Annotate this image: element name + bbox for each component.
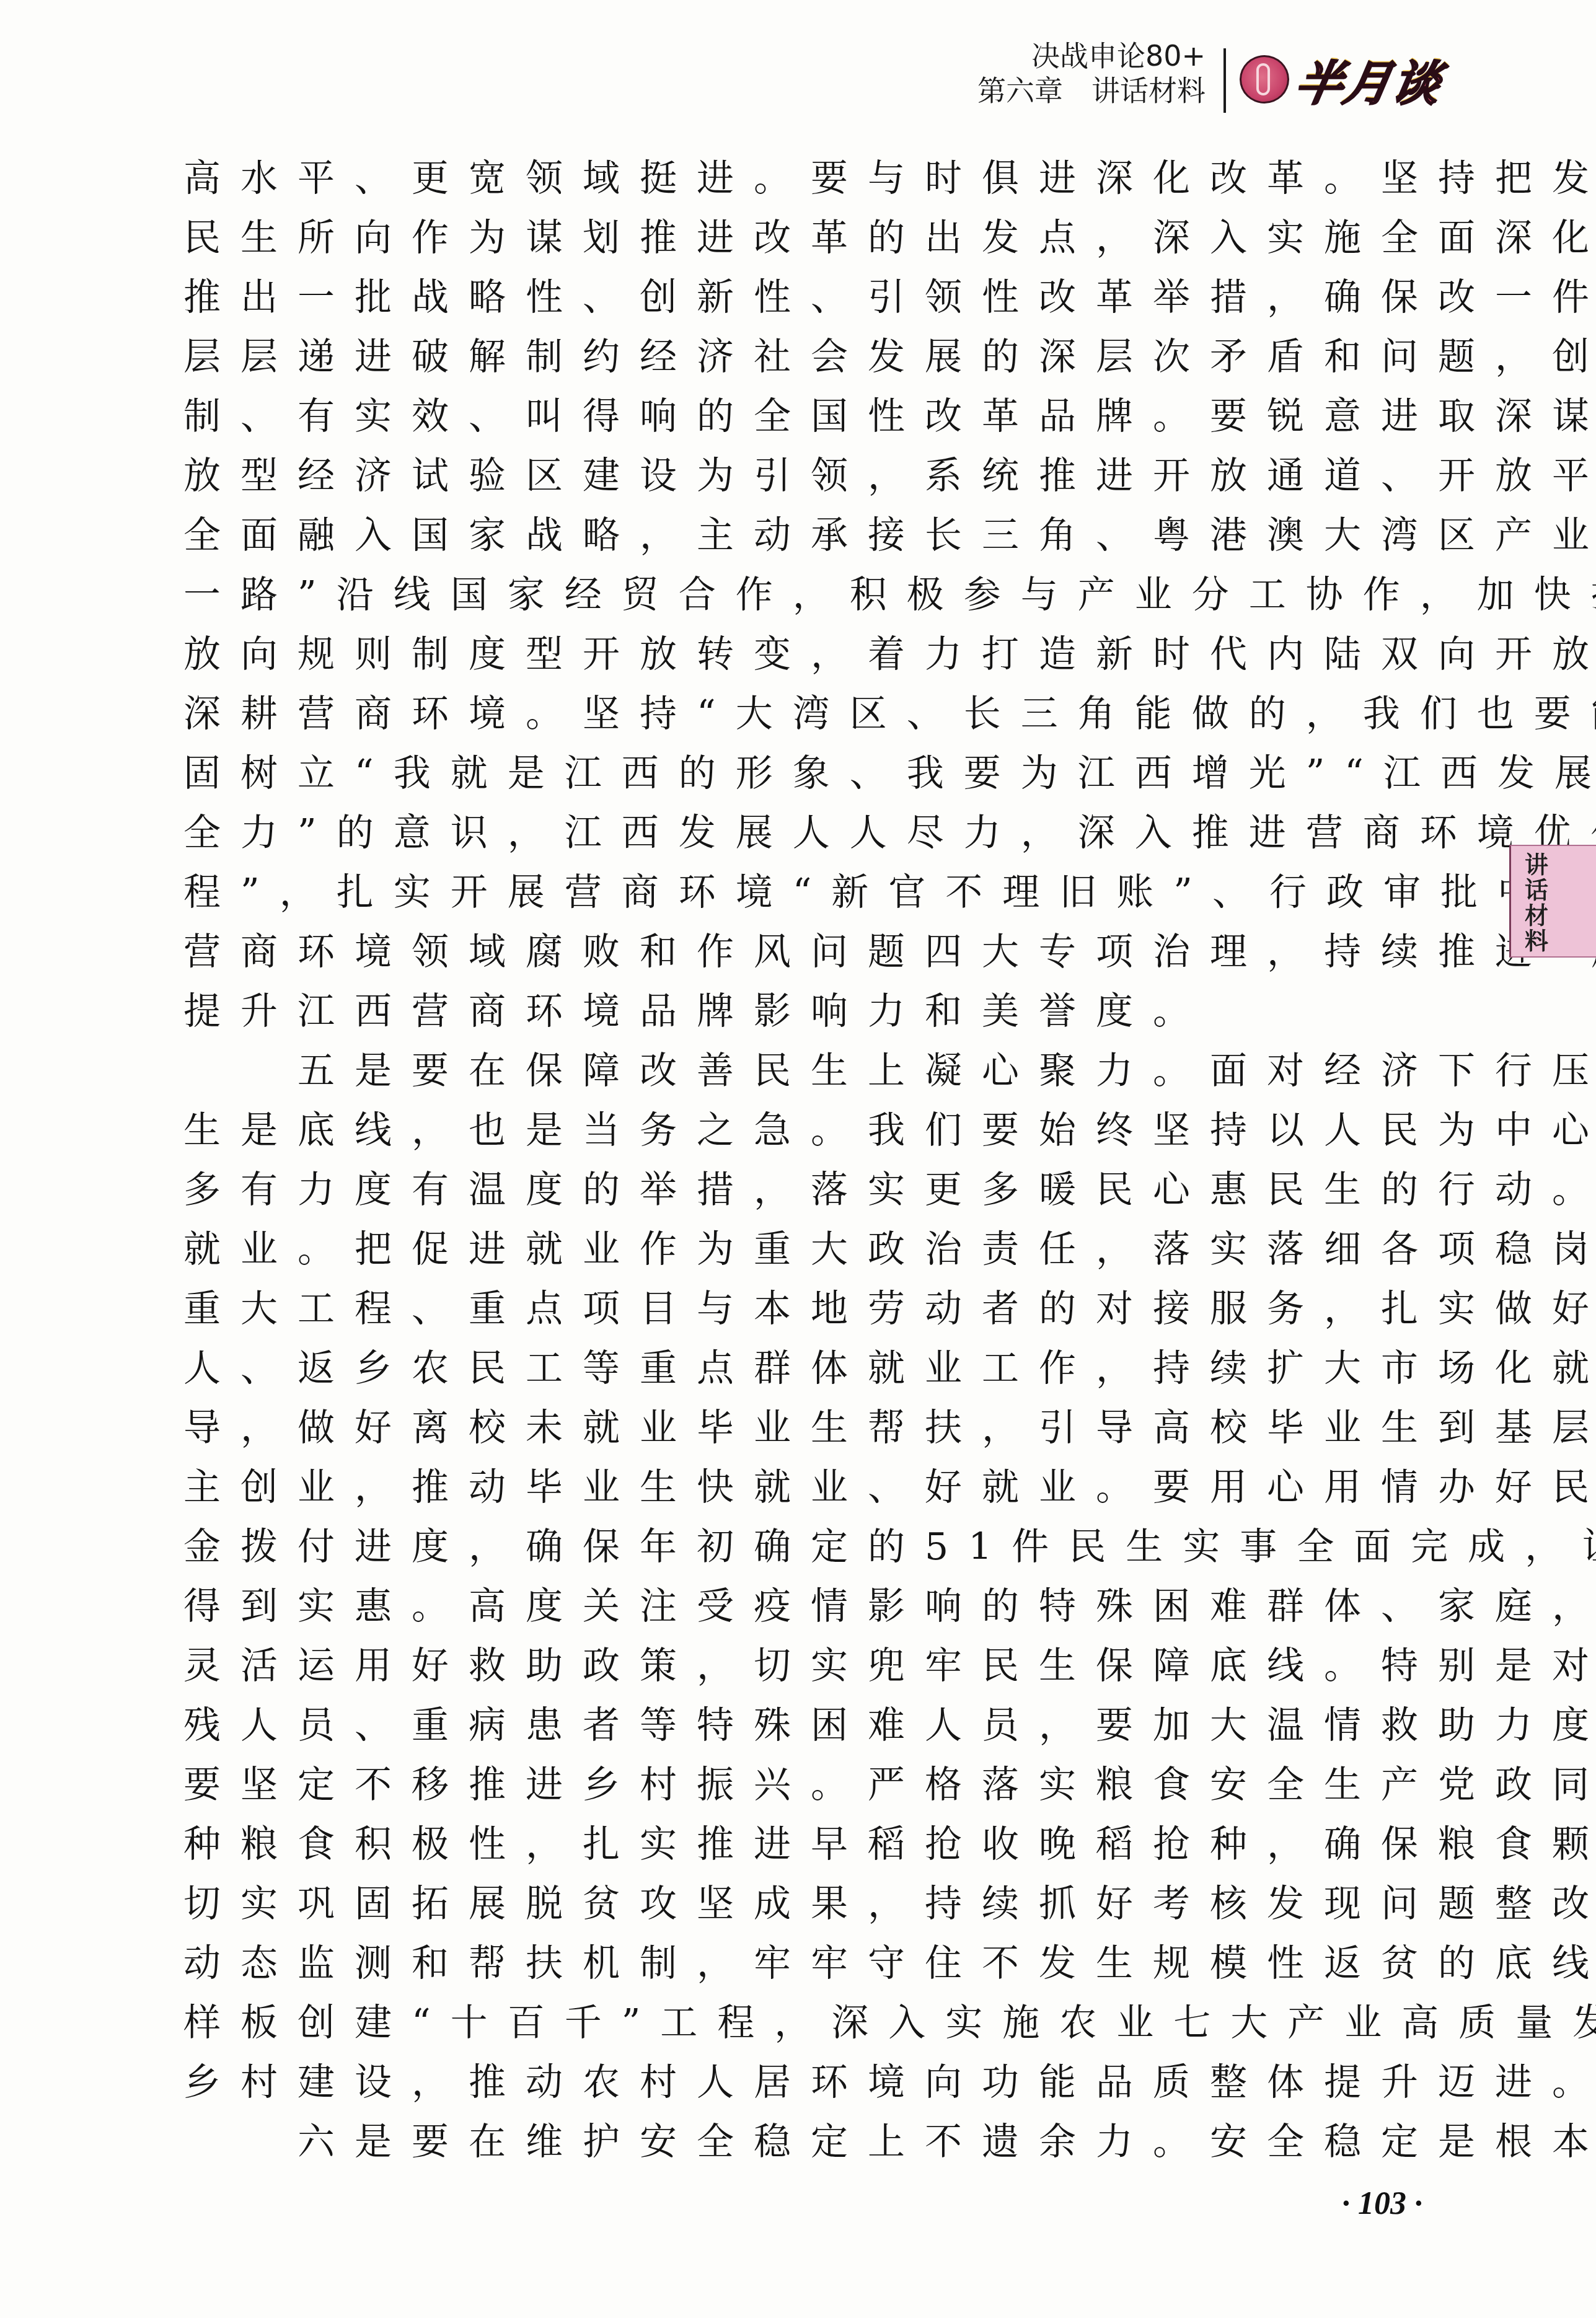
text-line: 全力”的意识，江西发展人人尽力，深入推进营商环境优化升级“一号改革工 xyxy=(183,803,1398,863)
text-line: 得到实惠。高度关注受疫情影响的特殊困难群体、家庭，主动介入、全面排查， xyxy=(183,1577,1398,1636)
text-line: 就业。把促进就业作为重大政治责任，落实落细各项稳岗拓岗政策，强化省内 xyxy=(183,1220,1398,1279)
text-line: 动态监测和帮扶机制，牢牢守住不发生规模性返贫的底线。全面开展乡村振兴 xyxy=(183,1934,1398,1993)
text-line: 样板创建“十百千”工程，深入实施农业七大产业高质量发展行动，持续推进 xyxy=(183,1993,1398,2053)
text-line: 要坚定不移推进乡村振兴。严格落实粮食安全生产党政同责，充分调动农民扩 xyxy=(183,1755,1398,1815)
logo-text: 半月谈 xyxy=(1290,46,1447,113)
text-line: 制、有实效、叫得响的全国性改革品牌。要锐意进取深谋开放。以江西内陆开 xyxy=(183,387,1398,446)
text-line: 重大工程、重点项目与本地劳动者的对接服务，扎实做好高校毕业生、退役军 xyxy=(183,1279,1398,1339)
running-header: 决战申论80+ 第六章 讲话材料 xyxy=(977,38,1206,108)
publisher-logo: 半月谈 xyxy=(1240,53,1463,105)
book-title: 决战申论80+ xyxy=(977,38,1206,73)
text-line: 高水平、更宽领域挺进。要与时俱进深化改革。坚持把发展所需、问题所在、 xyxy=(183,149,1398,208)
text-line: 深耕营商环境。坚持“大湾区、长三角能做的，我们也要能做到”的理念，牢 xyxy=(183,684,1398,744)
text-line: 放向规则制度型开放转变，着力打造新时代内陆双向开放新高地。要坚持不懈 xyxy=(183,625,1398,684)
text-line: 六是要在维护安全稳定上不遗余力。安全稳定是根本的大局，没有安全 xyxy=(183,2112,1398,2172)
banyuetan-emblem-icon xyxy=(1240,55,1289,104)
text-line: 层层递进破解制约经济社会发展的深层次矛盾和问题，创造更多可推广、能复 xyxy=(183,327,1398,387)
text-line: 乡村建设，推动农村人居环境向功能品质整体提升迈进。 xyxy=(183,2053,1398,2112)
side-tab-label: 讲话材料 xyxy=(1525,852,1552,954)
text-line: 营商环境领域腐败和作风问题四大专项治理，持续推进“放管服”改革，不断 xyxy=(183,922,1398,982)
text-line: 切实巩固拓展脱贫攻坚成果，持续抓好考核发现问题整改，健全防止返贫致贫 xyxy=(183,1874,1398,1934)
text-line: 一路”沿线国家经贸合作，积极参与产业分工协作，加快推动从要素流动型开 xyxy=(183,565,1398,625)
text-line: 程”，扎实开展营商环境“新官不理旧账”、行政审批中介服务、招标投标领域、 xyxy=(183,863,1398,922)
text-line: 全面融入国家战略，主动承接长三角、粤港澳大湾区产业转移，加强与“一带 xyxy=(183,506,1398,565)
text-line: 放型经济试验区建设为引领，系统推进开放通道、开放平台、开放体制建设， xyxy=(183,446,1398,506)
text-line: 人、返乡农民工等重点群体就业工作，持续扩大市场化就业供给。加强就业指 xyxy=(183,1339,1398,1398)
chapter-side-tab: 讲话材料 xyxy=(1509,845,1596,958)
text-line: 民生所向作为谋划推进改革的出发点，深入实施全面深化改革攻坚行动，加快 xyxy=(183,208,1398,268)
text-line: 推出一批战略性、创新性、引领性改革举措，确保改一件成一件，蹄疾步稳、 xyxy=(183,268,1398,327)
text-line: 残人员、重病患者等特殊困难人员，要加大温情救助力度，实现“应保尽保”。 xyxy=(183,1696,1398,1755)
text-line: 多有力度有温度的举措，落实更多暖民心惠民生的行动。要千方百计稳定扩大 xyxy=(183,1160,1398,1220)
chapter-title: 第六章 讲话材料 xyxy=(977,73,1206,108)
text-line: 种粮食积极性，扎实推进早稻抢收晚稻抢种，确保粮食颗粒归仓、稳产保供。 xyxy=(183,1815,1398,1874)
body-text: 高水平、更宽领域挺进。要与时俱进深化改革。坚持把发展所需、问题所在、民生所向作为… xyxy=(183,149,1398,2172)
text-line: 提升江西营商环境品牌影响力和美誉度。 xyxy=(183,982,1398,1041)
text-line: 灵活运用好救助政策，切实兜牢民生保障底线。特别是对低保边缘家庭中的重 xyxy=(183,1636,1398,1696)
text-line: 金拨付进度，确保年初确定的51件民生实事全面完成，让群众真正看到变化、 xyxy=(183,1517,1398,1577)
text-line: 导，做好离校未就业毕业生帮扶，引导高校毕业生到基层、中小企业就业或自 xyxy=(183,1398,1398,1458)
text-line: 生是底线，也是当务之急。我们要始终坚持以人民为中心的发展思想，实施更 xyxy=(183,1101,1398,1160)
page-number: · 103 · xyxy=(1320,2185,1444,2222)
header-divider xyxy=(1223,48,1226,113)
text-line: 五是要在保障改善民生上凝心聚力。面对经济下行压力，兜住兜牢基本民 xyxy=(183,1041,1398,1101)
text-line: 主创业，推动毕业生快就业、好就业。要用心用情办好民生实事。加快民生资 xyxy=(183,1458,1398,1517)
text-line: 固树立“我就是江西的形象、我要为江西增光”“江西发展我受益、我为江西尽 xyxy=(183,744,1398,803)
